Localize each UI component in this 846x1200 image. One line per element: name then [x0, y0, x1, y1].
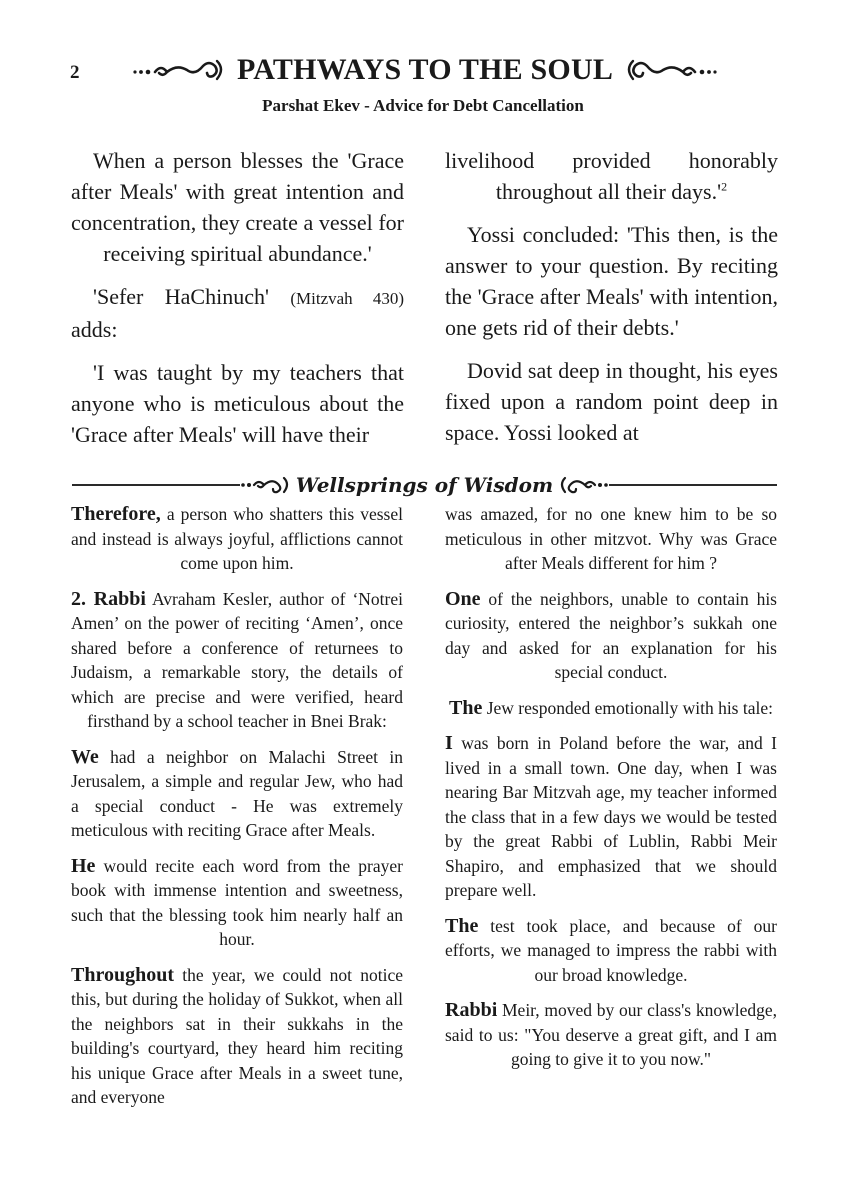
flourish-right-icon — [619, 57, 719, 83]
text: was amazed, for no one knew him to be so… — [445, 504, 777, 573]
flourish-left-icon — [240, 475, 292, 495]
bottom-right-column: was amazed, for no one knew him to be so… — [445, 502, 777, 1083]
top-right-column: livelihood provided honorably throughout… — [445, 145, 778, 460]
paragraph: 2. Rabbi Avraham Kesler, author of ‘Notr… — [71, 587, 403, 734]
divider-line — [72, 484, 240, 486]
lead-word: 2. Rabbi — [71, 588, 146, 610]
text: had a neighbor on Malachi Street in Jeru… — [71, 747, 403, 841]
lead-word: Throughout — [71, 964, 174, 986]
paragraph: We had a neighbor on Malachi Street in J… — [71, 745, 403, 843]
paragraph: Yossi concluded: 'This then, is the answ… — [445, 219, 778, 343]
lead-word: The — [445, 915, 478, 937]
text: would recite each word from the prayer b… — [71, 856, 403, 950]
text: was born in Poland before the war, and I… — [445, 733, 777, 900]
paragraph: He would recite each word from the praye… — [71, 854, 403, 952]
lead-word: I — [445, 732, 453, 754]
page-number: 2 — [70, 62, 80, 84]
divider-line — [609, 484, 777, 486]
paragraph: The test took place, and because of our … — [445, 914, 777, 988]
paragraph: livelihood provided honorably throughout… — [445, 145, 778, 207]
lead-word: He — [71, 855, 95, 877]
lead-word: The — [449, 697, 482, 719]
flourish-right-icon — [557, 475, 609, 495]
top-left-column: When a person blesses the 'Grace after M… — [71, 145, 404, 462]
bottom-left-column: Therefore, a person who shatters this ve… — [71, 502, 403, 1121]
flourish-left-icon — [131, 57, 231, 83]
paragraph: Therefore, a person who shatters this ve… — [71, 502, 403, 576]
paragraph: 'Sefer HaChinuch' (Mitzvah 430) adds: — [71, 281, 404, 345]
citation: (Mitzvah 430) — [290, 289, 404, 308]
lead-word: Therefore, — [71, 503, 161, 525]
publication-title: PATHWAYS TO THE SOUL — [237, 53, 613, 87]
paragraph: 'I was taught by my teachers that anyone… — [71, 357, 404, 450]
text: test took place, and because of our effo… — [445, 916, 777, 985]
footnote-marker[interactable]: 2 — [721, 180, 727, 194]
lead-word: One — [445, 588, 481, 610]
paragraph: When a person blesses the 'Grace after M… — [71, 145, 404, 269]
quote-source: 'Sefer HaChinuch' — [93, 284, 290, 309]
lead-word: We — [71, 746, 99, 768]
paragraph: was amazed, for no one knew him to be so… — [445, 502, 777, 576]
section-title: Wellsprings of Wisdom — [296, 473, 553, 497]
section-divider: Wellsprings of Wisdom — [72, 472, 777, 498]
text: livelihood provided honorably throughout… — [445, 148, 778, 204]
text: of the neighbors, unable to contain his … — [445, 589, 777, 683]
lead-word: Rabbi — [445, 999, 497, 1021]
page-header: PATHWAYS TO THE SOUL — [130, 52, 720, 88]
paragraph: I was born in Poland before the war, and… — [445, 731, 777, 903]
paragraph: Rabbi Meir, moved by our class's knowled… — [445, 998, 777, 1072]
paragraph: Dovid sat deep in thought, his eyes fixe… — [445, 355, 778, 448]
text: Jew responded emotionally with his tale: — [482, 698, 773, 718]
paragraph: The Jew responded emotionally with his t… — [445, 696, 777, 721]
article-subtitle: Parshat Ekev - Advice for Debt Cancellat… — [0, 96, 846, 116]
paragraph: Throughout the year, we could not notice… — [71, 963, 403, 1110]
text: adds: — [71, 317, 117, 342]
paragraph: One of the neighbors, unable to contain … — [445, 587, 777, 685]
